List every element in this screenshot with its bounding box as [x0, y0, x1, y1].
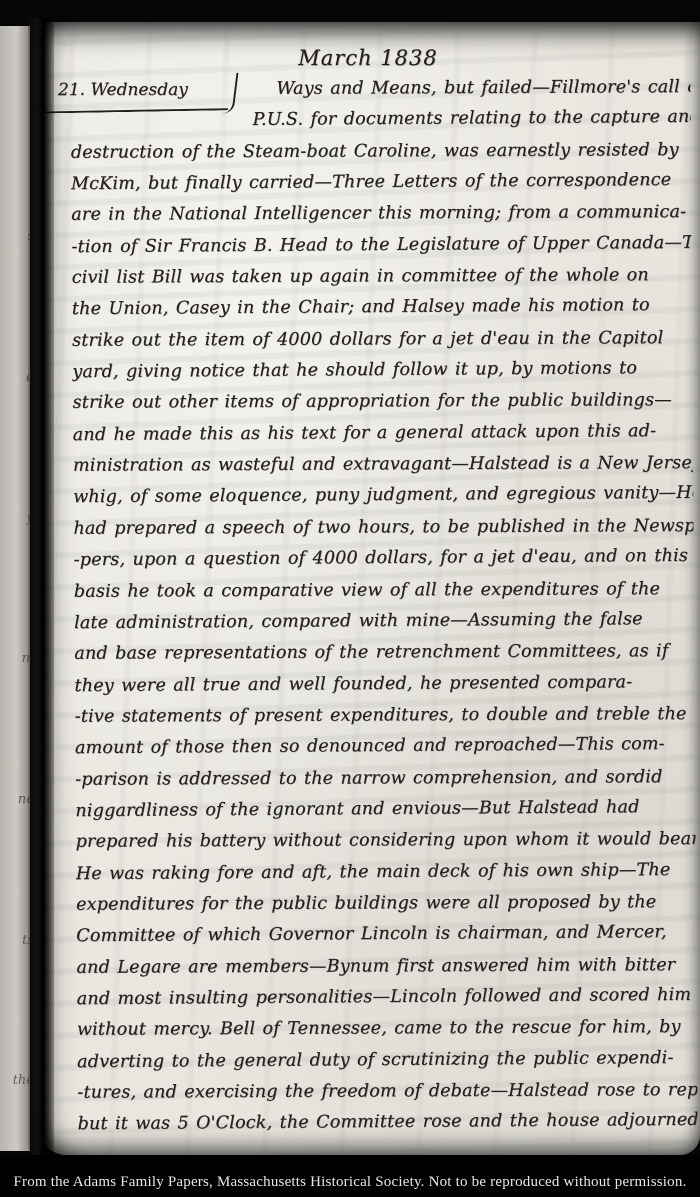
manuscript-line: yard, giving notice that he should follo…	[72, 358, 692, 394]
manuscript-line: Committee of which Governor Lincoln is c…	[76, 922, 696, 958]
manuscript-line: -tive statements of present expenditures…	[75, 704, 695, 738]
manuscript-line: without mercy. Bell of Tennessee, came t…	[77, 1017, 697, 1051]
manuscript-line: basis he took a comparative view of all …	[74, 579, 694, 613]
manuscript-line: are in the National Intelligencer this m…	[71, 202, 691, 236]
manuscript-line: -tures, and exercising the freedom of de…	[77, 1080, 697, 1114]
manuscript-line: amount of those then so denounced and re…	[75, 734, 695, 770]
manuscript-line: -tion of Sir Francis B. Head to the Legi…	[71, 233, 691, 269]
manuscript-line: the Union, Casey in the Chair; and Halse…	[72, 295, 692, 331]
manuscript-line: niggardliness of the ignorant and enviou…	[75, 797, 695, 833]
handwritten-text-block: Ways and Means, but failed—Fillmore's ca…	[70, 76, 697, 1146]
manuscript-line: they were all true and well founded, he …	[74, 671, 694, 707]
archive-credit-band: From the Adams Family Papers, Massachuse…	[0, 1155, 700, 1197]
manuscript-line: strike out other items of appropriation …	[73, 390, 693, 424]
manuscript-line: late administration, compared with mine—…	[74, 609, 694, 645]
manuscript-line: and most insulting personalities—Lincoln…	[77, 985, 697, 1021]
manuscript-line: strike out the item of 4000 dollars for …	[72, 328, 692, 362]
manuscript-line: and he made this as his text for a gener…	[73, 421, 693, 457]
facing-page-edge: ·søymnetsthe	[0, 26, 30, 1151]
manuscript-line: had prepared a speech of two hours, to b…	[73, 516, 693, 550]
manuscript-line: and Legare are members—Bynum first answe…	[76, 955, 696, 989]
manuscript-line: McKim, but finally carried—Three Letters…	[71, 170, 691, 206]
manuscript-line: ministration as wasteful and extravagant…	[73, 453, 693, 487]
manuscript-page: March 1838 21. Wednesday Ways and Means,…	[36, 22, 700, 1155]
manuscript-line: -parison is addressed to the narrow comp…	[75, 767, 695, 801]
manuscript-line: -pers, upon a question of 4000 dollars, …	[74, 546, 694, 582]
manuscript-line: and base representations of the retrench…	[74, 641, 694, 675]
scanned-diary-page: ·søymnetsthe March 1838 21. Wednesday Wa…	[0, 0, 700, 1197]
manuscript-line: prepared his battery without considering…	[76, 829, 696, 863]
archive-credit-text: From the Adams Family Papers, Massachuse…	[13, 1174, 686, 1197]
manuscript-line: whig, of some eloquence, puny judgment, …	[73, 483, 693, 519]
manuscript-line: P.U.S. for documents relating to the cap…	[71, 107, 691, 143]
manuscript-line: destruction of the Steam-boat Caroline, …	[71, 140, 691, 174]
binding-gutter-shadow	[28, 18, 54, 1159]
entry-month-heading: March 1838	[36, 46, 700, 70]
manuscript-line: expenditures for the public buildings we…	[76, 892, 696, 926]
manuscript-line: adverting to the general duty of scrutin…	[77, 1047, 697, 1083]
manuscript-line: but it was 5 O'Clock, the Committee rose…	[78, 1110, 698, 1146]
manuscript-line: He was raking fore and aft, the main dec…	[76, 859, 696, 895]
manuscript-line: civil list Bill was taken up again in co…	[72, 265, 692, 299]
manuscript-line: Ways and Means, but failed—Fillmore's ca…	[70, 77, 690, 111]
